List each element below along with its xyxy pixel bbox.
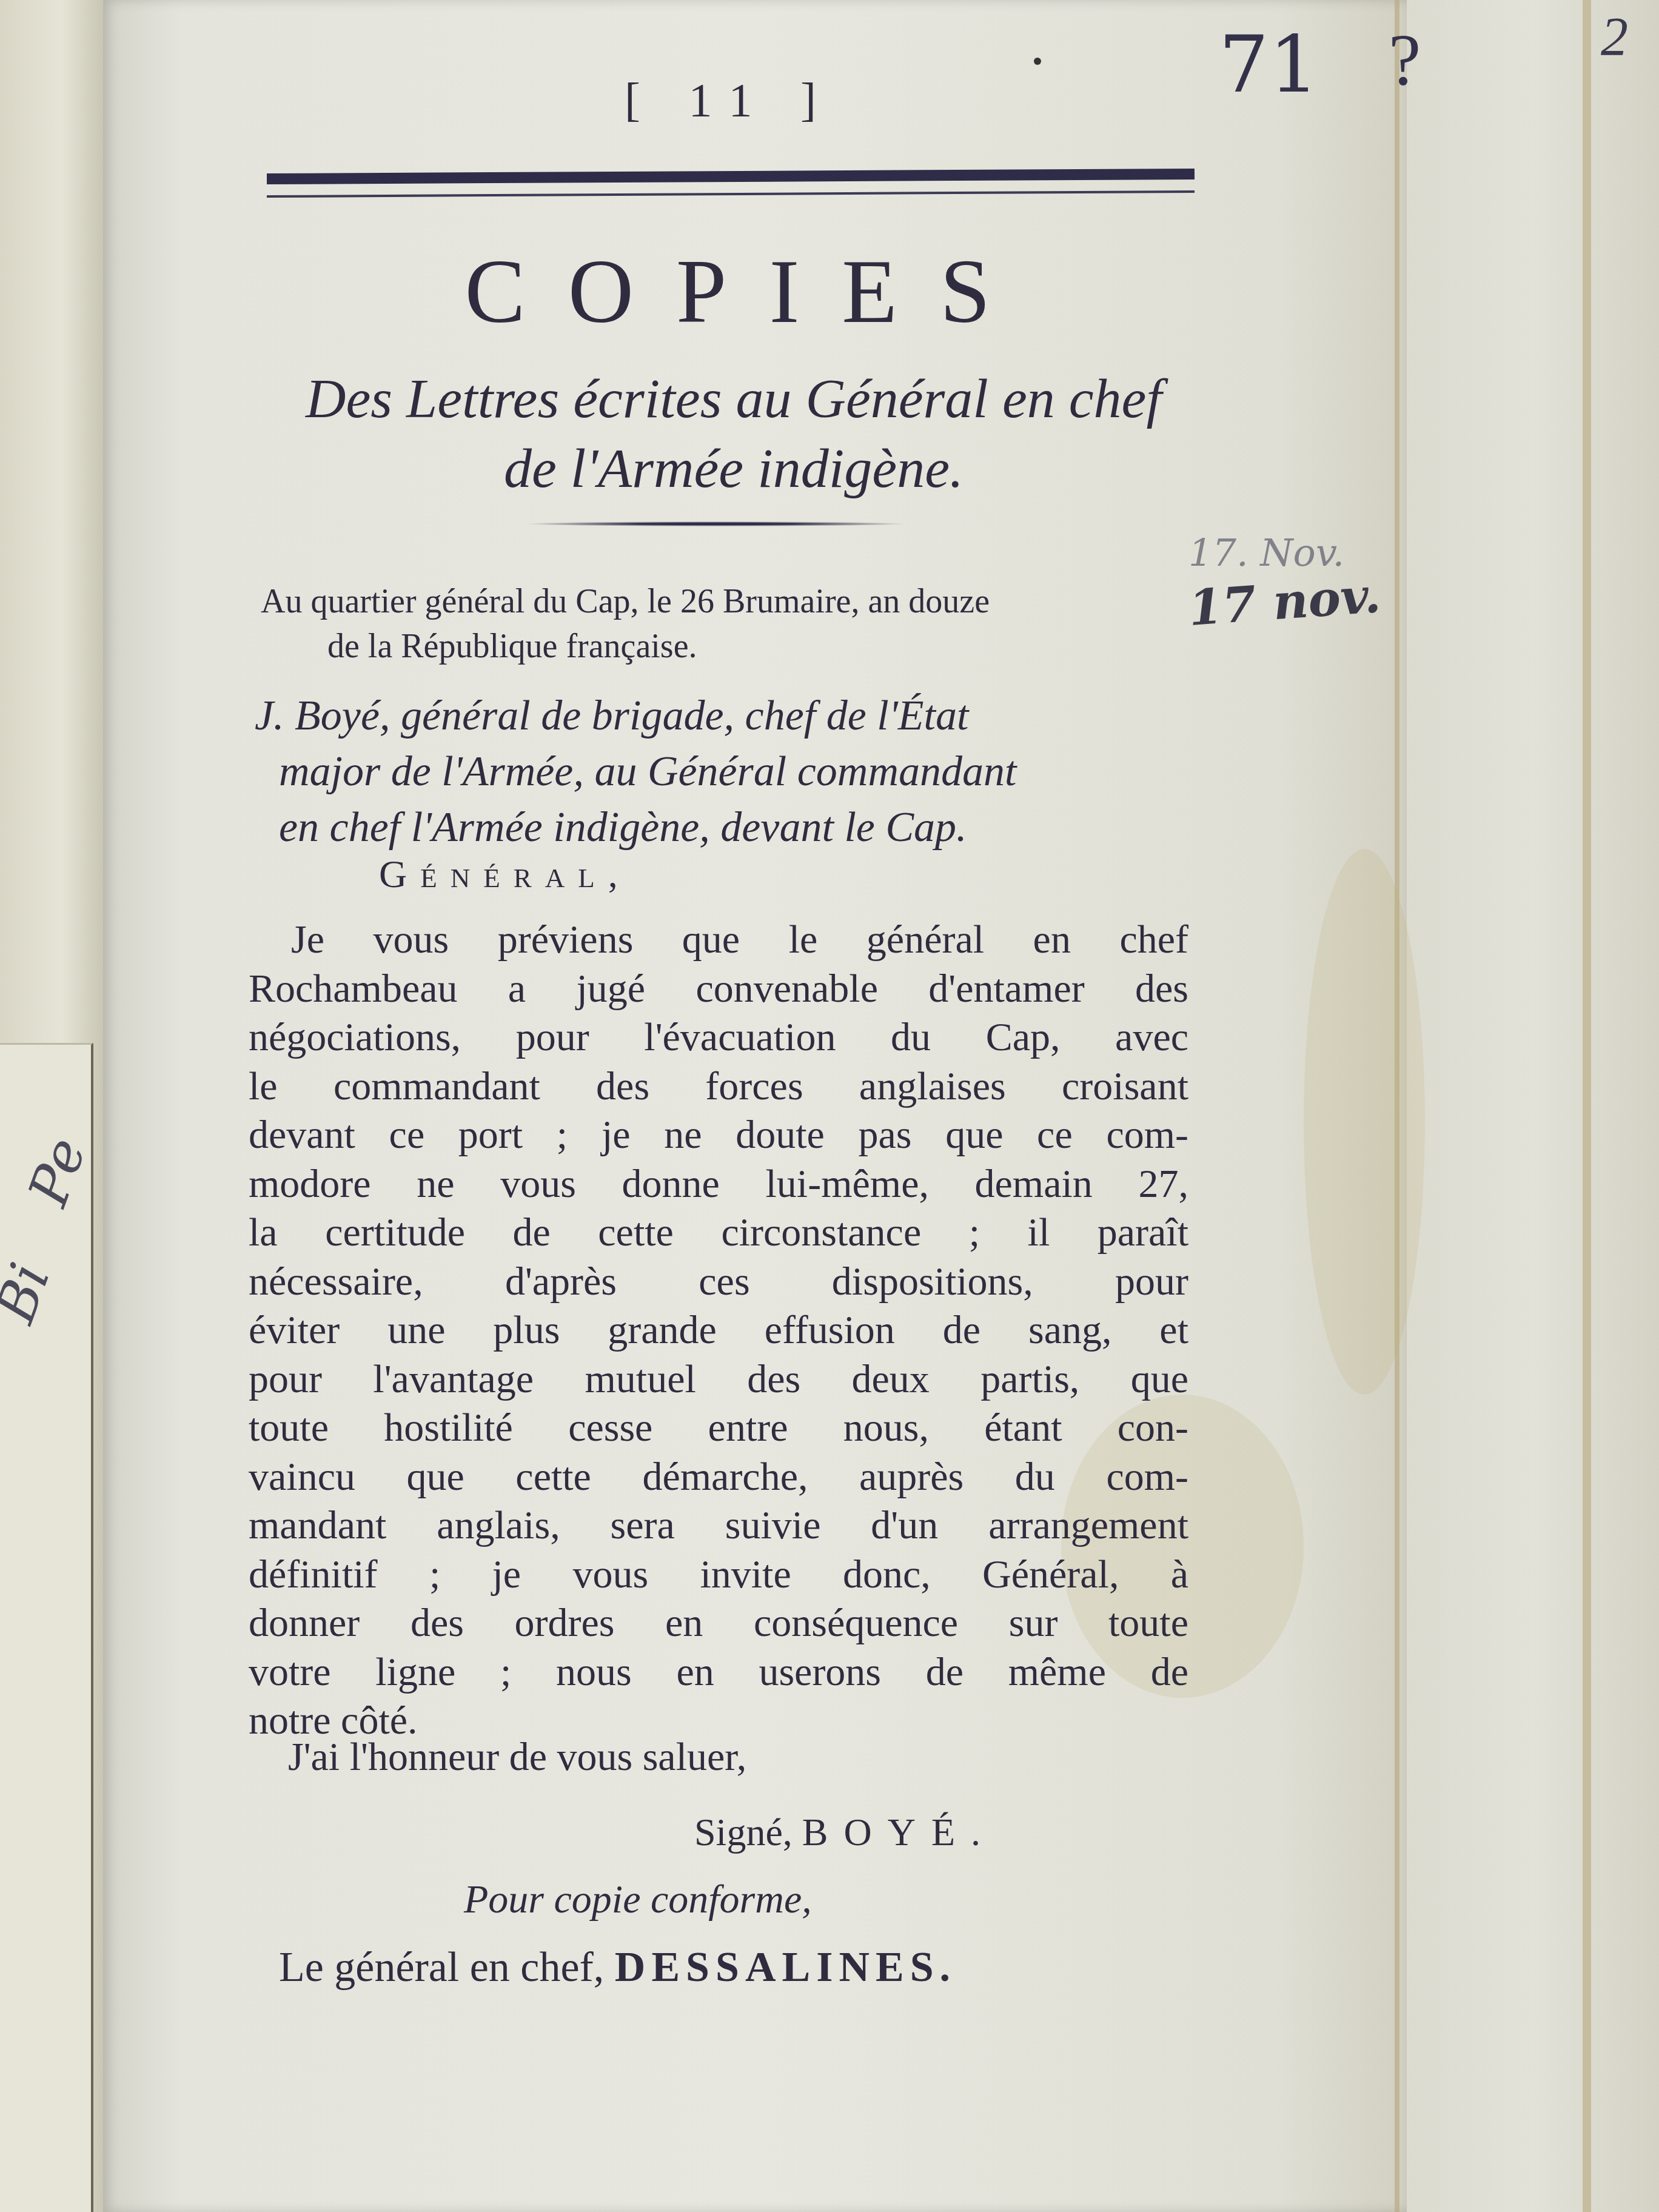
salutation: Général, <box>379 852 631 897</box>
body-line: modore ne vous donne lui-même, demain 27… <box>249 1160 1188 1209</box>
body-line: nécessaire, d'après ces dispositions, po… <box>249 1258 1188 1307</box>
adjacent-pages <box>1407 0 1659 2212</box>
corner-mark: 2 <box>1601 6 1628 69</box>
body-line: éviter une plus grande effusion de sang,… <box>249 1306 1188 1355</box>
body-line: votre ligne ; nous en userons de même de <box>249 1648 1188 1697</box>
body-line: négociations, pour l'évacuation du Cap, … <box>249 1013 1188 1062</box>
page-edge-stain <box>1583 0 1591 2212</box>
signer-name: BOYÉ. <box>802 1811 996 1854</box>
body-line: le commandant des forces anglaises crois… <box>249 1062 1188 1111</box>
certifier-name: DESSALINES. <box>615 1944 956 1991</box>
letter-body: Je vous préviens que le général en chef … <box>249 916 1188 1746</box>
body-line: mandant anglais, sera suivie d'un arrang… <box>249 1501 1188 1550</box>
facing-page-edge: Pe Bi <box>0 0 103 2212</box>
body-line: définitif ; je vous invite donc, Général… <box>249 1550 1188 1600</box>
body-line: donner des ordres en conséquence sur tou… <box>249 1599 1188 1648</box>
body-line: pour l'avantage mutuel des deux partis, … <box>249 1355 1188 1404</box>
foxing-stain <box>1304 849 1425 1395</box>
body-line: Je vous préviens que le général en chef <box>249 916 1188 965</box>
signature-line: Signé, BOYÉ. <box>694 1810 996 1855</box>
signed-label: Signé, <box>694 1811 793 1854</box>
body-line: la certitude de cette circonstance ; il … <box>249 1208 1188 1258</box>
body-line: vaincu que cette démarche, auprès du com… <box>249 1453 1188 1502</box>
letter-heading: J. Boyé, général de brigade, chef de l'É… <box>255 688 1201 856</box>
pencil-annotation: 17. Nov. <box>1188 531 1344 575</box>
page-number: [ 11 ] <box>625 73 834 127</box>
dateline-line: de la République française. <box>261 624 1207 669</box>
body-line: devant ce port ; je ne doute pas que ce … <box>249 1111 1188 1160</box>
folded-insert <box>0 1043 93 2212</box>
heading-line: en chef l'Armée indigène, devant le Cap. <box>255 800 1201 856</box>
document-subtitle: Des Lettres écrites au Général en chef d… <box>255 364 1213 503</box>
dateline-line: Au quartier général du Cap, le 26 Brumai… <box>261 579 1207 624</box>
copy-certification: Pour copie conforme, <box>464 1877 812 1923</box>
heading-line: major de l'Armée, au Général commandant <box>255 744 1201 800</box>
closing-formula: J'ai l'honneur de vous saluer, <box>288 1734 746 1780</box>
archive-number: 71 <box>1219 18 1319 110</box>
subtitle-line: Des Lettres écrites au Général en chef <box>255 364 1213 434</box>
body-line: Rochambeau a jugé convenable d'entamer d… <box>249 965 1188 1014</box>
body-line: toute hostilité cesse entre nous, étant … <box>249 1404 1188 1453</box>
certifier-line: Le général en chef, DESSALINES. <box>279 1943 956 1992</box>
heading-line: J. Boyé, général de brigade, chef de l'É… <box>255 688 1201 744</box>
divider-flourish <box>528 521 903 526</box>
archive-mark: ? <box>1389 18 1421 102</box>
ink-dot <box>1034 58 1041 65</box>
document-title: COPIES <box>97 240 1401 344</box>
dateline: Au quartier général du Cap, le 26 Brumai… <box>261 579 1207 669</box>
certifier-title: Le général en chef, <box>279 1944 604 1991</box>
subtitle-line: de l'Armée indigène. <box>255 434 1213 503</box>
